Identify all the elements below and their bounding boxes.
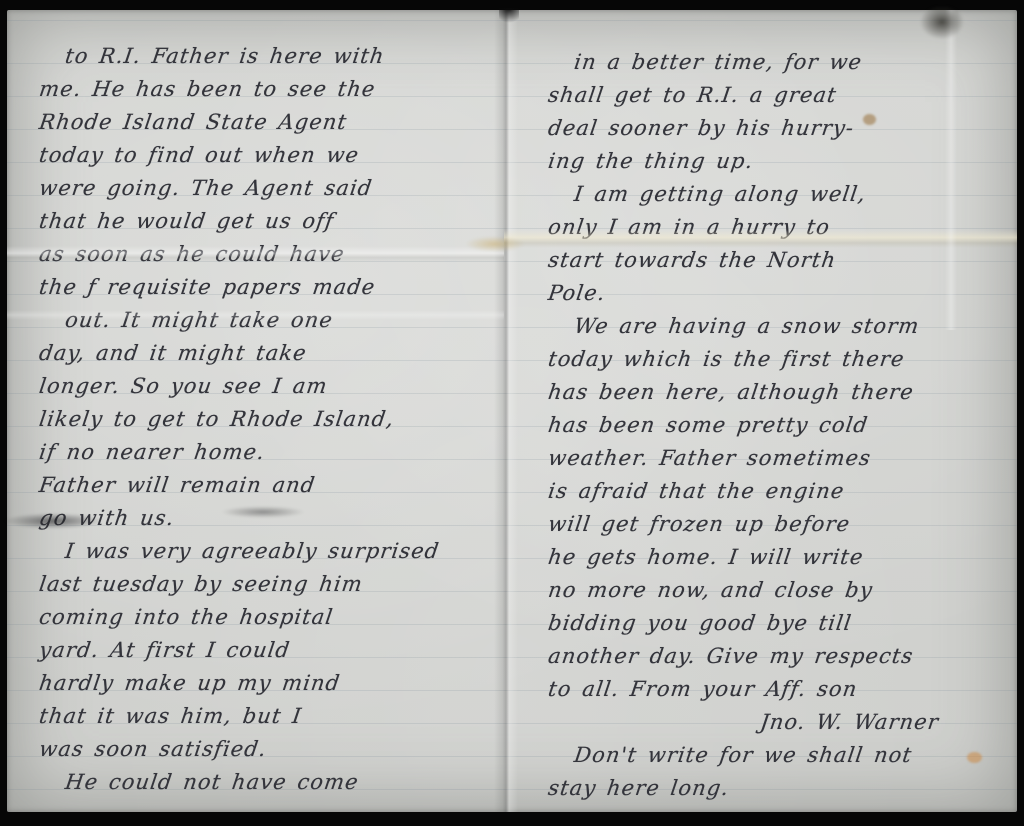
letter-text-left: to R.I. Father is here with me. He has b… — [37, 40, 494, 799]
letter-line: has been here, although there — [546, 376, 1012, 409]
letter-text-right: in a better time, for we shall get to R.… — [546, 46, 1007, 805]
letter-line: I am getting along well, — [546, 178, 1012, 211]
letter-line: Rhode Island State Agent — [37, 106, 499, 139]
stain-spot — [967, 752, 982, 763]
letter-line: I was very agreeably surprised — [37, 535, 499, 568]
letter-line: today which is the first there — [546, 343, 1012, 376]
crease-vertical-right — [945, 10, 957, 330]
ink-smudge-top-right — [919, 4, 965, 40]
postscript-line: Don't write for we shall not — [546, 739, 1012, 772]
letter-line: hardly make up my mind — [37, 667, 499, 700]
letter-line: to all. From your Aff. son — [546, 673, 1012, 706]
letter-line: weather. Father sometimes — [546, 442, 1012, 475]
letter-line: bidding you good bye till — [546, 607, 1012, 640]
letter-line: no more now, and close by — [546, 574, 1012, 607]
letter-line: He could not have come — [37, 766, 499, 799]
letter-line: that it was him, but I — [37, 700, 499, 733]
letter-line: me. He has been to see the — [37, 73, 499, 106]
letter-page-left: to R.I. Father is here with me. He has b… — [7, 10, 504, 812]
fold-crease-horizontal-right — [504, 230, 1017, 248]
letter-line: is afraid that the engine — [546, 475, 1012, 508]
fold-notch-shadow — [499, 8, 519, 26]
graphite-smudge-left-edge — [3, 513, 103, 529]
letter-line: he gets home. I will write — [546, 541, 1012, 574]
letter-line: today to find out when we — [37, 139, 499, 172]
fold-crease-horizontal-left-2 — [7, 310, 504, 320]
letter-line: last tuesday by seeing him — [37, 568, 499, 601]
letter-line: was soon satisfied. — [37, 733, 499, 766]
letter-line: will get frozen up before — [546, 508, 1012, 541]
letter-line: start towards the North — [546, 244, 1012, 277]
stain-yellow-fold — [465, 236, 525, 252]
letter-line: We are having a snow storm — [546, 310, 1012, 343]
letter-line: Pole. — [546, 277, 1012, 310]
letter-line: that he would get us off — [37, 205, 499, 238]
letter-page-right: in a better time, for we shall get to R.… — [504, 10, 1017, 812]
letter-line: the ƒ requisite papers made — [37, 271, 499, 304]
postscript-line: stay here long. — [546, 772, 1012, 805]
letter-line: deal sooner by his hurry- — [546, 112, 1012, 145]
letter-line: likely to get to Rhode Island, — [37, 403, 499, 436]
letter-line: yard. At first I could — [37, 634, 499, 667]
signature-line: Jno. W. Warner — [546, 706, 1012, 739]
letter-line: ing the thing up. — [546, 145, 1012, 178]
letter-line: to R.I. Father is here with — [37, 40, 499, 73]
letter-line: were going. The Agent said — [37, 172, 499, 205]
letter-line: out. It might take one — [37, 304, 499, 337]
letter-line: if no nearer home. — [37, 436, 499, 469]
stain-spot — [863, 114, 876, 125]
letter-line: shall get to R.I. a great — [546, 79, 1012, 112]
letter-line: day, and it might take — [37, 337, 499, 370]
letter-line: has been some pretty cold — [546, 409, 1012, 442]
letter-line: longer. So you see I am — [37, 370, 499, 403]
letter-paper: to R.I. Father is here with me. He has b… — [7, 10, 1017, 812]
letter-line: in a better time, for we — [546, 46, 1012, 79]
fold-crease-horizontal-left — [7, 246, 504, 262]
letter-line: Father will remain and — [37, 469, 499, 502]
letter-line: coming into the hospital — [37, 601, 499, 634]
letter-line: another day. Give my respects — [546, 640, 1012, 673]
graphite-smudge-mid — [221, 506, 305, 518]
